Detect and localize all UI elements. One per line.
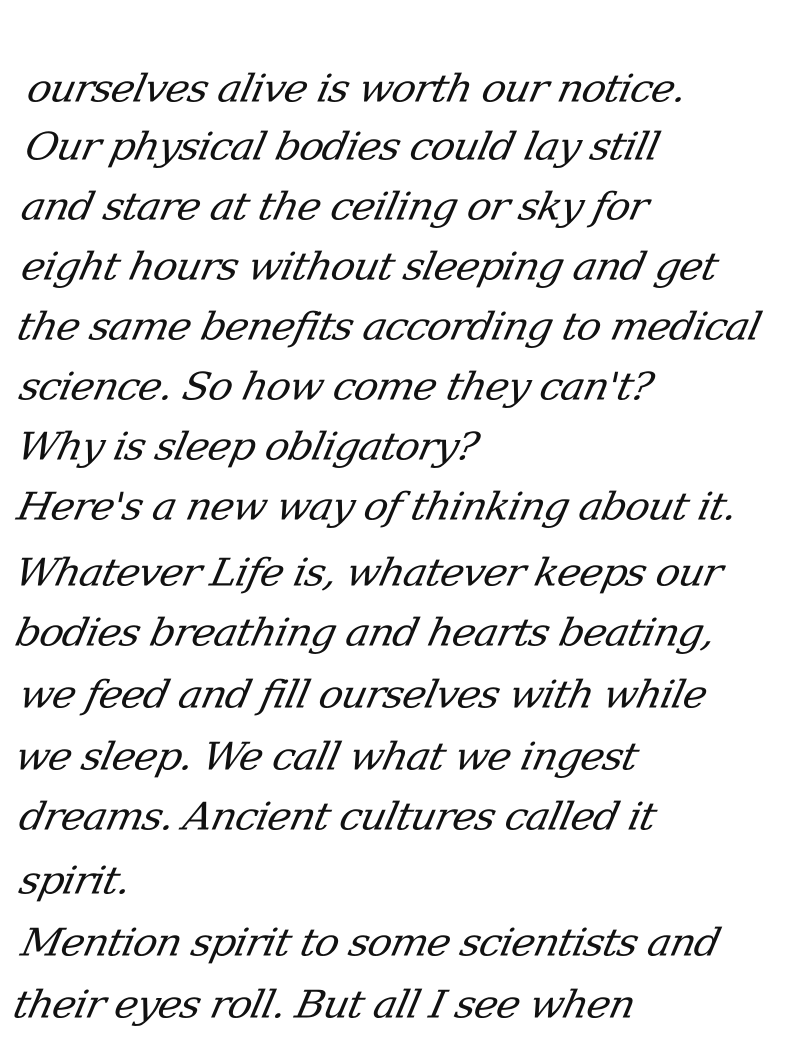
text-line-4: eight hours without sleeping and get — [18, 248, 721, 286]
text-line-6: science. So how come they can't? — [16, 368, 656, 406]
text-line-15: Mention spirit to some scientists and — [18, 924, 723, 962]
text-line-12: we sleep. We call what we ingest — [12, 738, 641, 776]
text-line-11: we feed and fill ourselves with while — [16, 676, 710, 714]
text-line-13: dreams. Ancient cultures called it — [16, 798, 659, 836]
text-line-2: Our physical bodies could lay still — [22, 128, 662, 166]
text-line-16: their eyes roll. But all I see when — [10, 986, 638, 1024]
text-line-5: the same benefits according to medical — [14, 308, 764, 346]
text-line-1: ourselves alive is worth our notice. — [24, 70, 689, 108]
text-line-3: and stare at the ceiling or sky for — [18, 188, 651, 226]
handwritten-page: ourselves alive is worth our notice. Our… — [0, 0, 797, 1054]
text-line-10: bodies breathing and hearts beating, — [12, 614, 718, 652]
text-line-14: spirit. — [16, 862, 133, 900]
text-line-9: Whatever Life is, whatever keeps our — [12, 554, 725, 592]
text-line-8: Here's a new way of thinking about it. — [14, 488, 740, 526]
text-line-7: Why is sleep obligatory? — [14, 428, 481, 466]
